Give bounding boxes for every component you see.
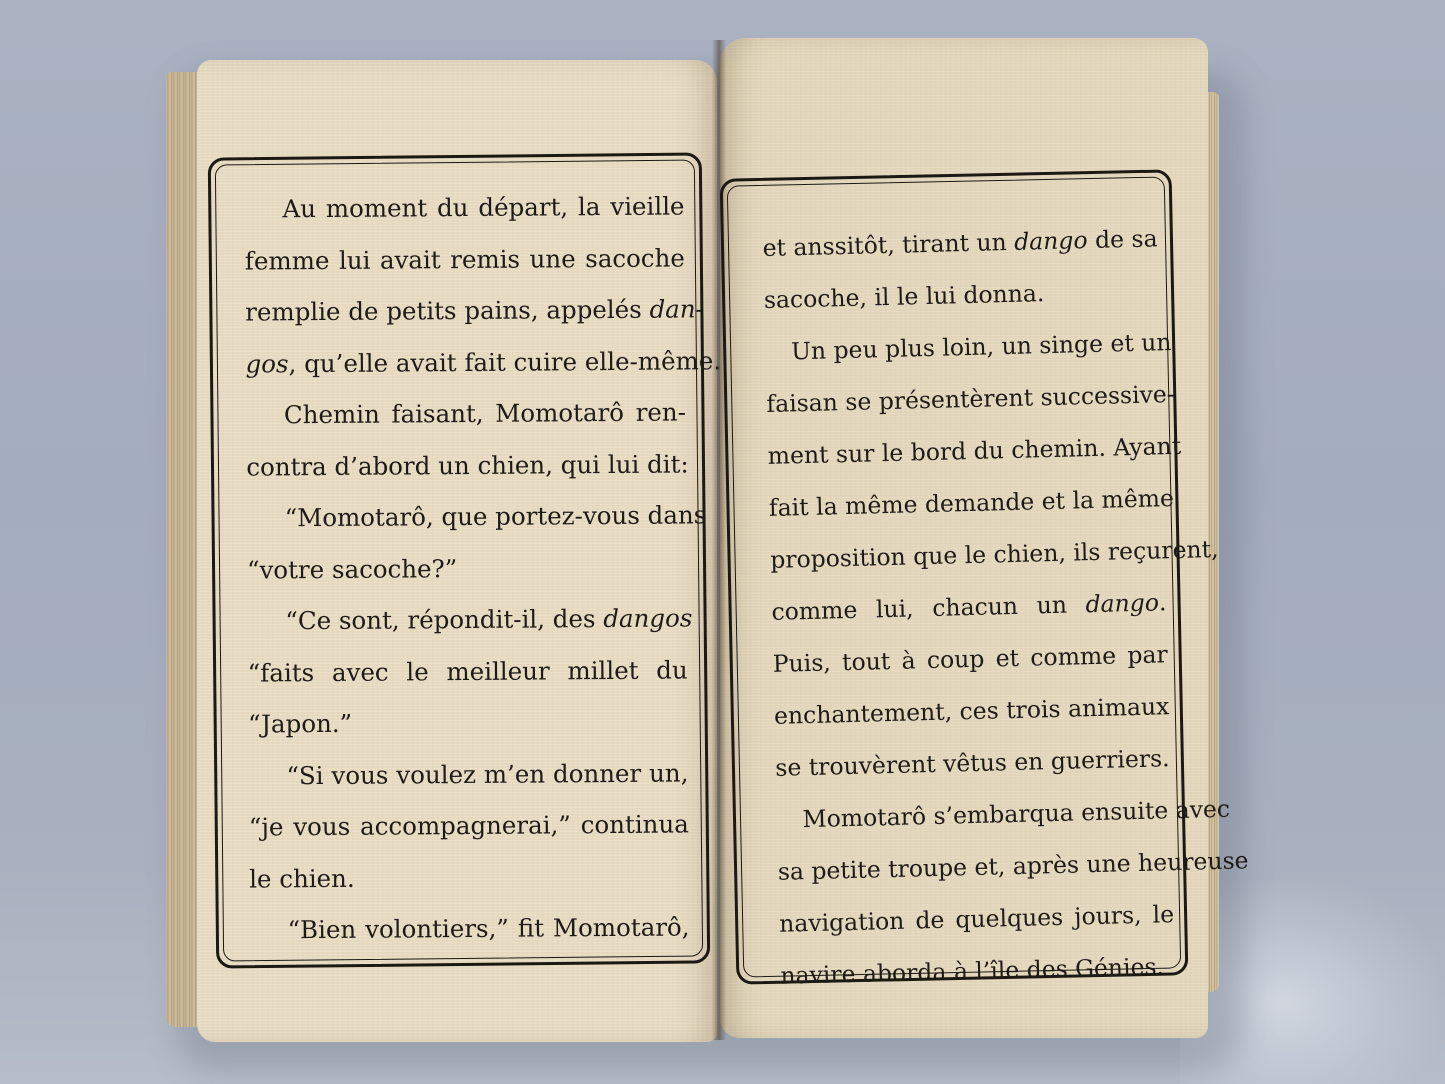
text-line: “je vous accompagnerai,” continua [249,798,689,853]
text-line: “Si vous voulez m’en donner un, [248,747,688,802]
text-line: “faits avec le meilleur millet du [248,644,688,699]
italic-word: dango [1014,226,1088,256]
italic-word: gos [245,349,288,378]
text-line: comme lui, chacun un dango. [771,576,1167,638]
text-line: “votre sacoche?” [247,541,687,596]
text-line: Puis, tout à coup et comme par [772,628,1168,690]
text-line: “Momotarô, que portez-vous dans [246,489,686,544]
text-line: Chemin faisant, Momotarô ren- [246,386,686,441]
text-line: se trouvèrent vêtus en guerriers. [775,732,1171,794]
text-line: enchantement, ces trois animaux [773,680,1169,742]
text-line: ment sur le bord du chemin. Ayant [767,420,1163,482]
text-line: remplie de petits pains, appelés dan- [245,283,685,338]
text-line: contra d’abord un chien, qui lui dit: [246,438,686,493]
italic-word: dan- [649,294,704,323]
text-line: Au moment du départ, la vieille [244,180,684,235]
text-line: “Bien volontiers,” fit Momotarô, [249,901,689,956]
right-page-text: et anssitôt, tirant un dango de sa sacoc… [762,212,1176,1001]
text-line: navire aborda à l’île des Génies. [780,940,1176,1002]
text-line: femme lui avait remis une sacoche [245,232,685,287]
text-line: “Ce sont, répondit-il, des dangos [247,592,687,647]
italic-word: dangos [603,603,692,633]
text-line: faisan se présentèrent successive- [766,368,1162,430]
text-line: “Japon.” [248,695,688,750]
italic-word: dango [1085,588,1159,618]
text-line: sacoche, il le lui donna. [763,264,1159,326]
text-line: gos, qu’elle avait fait cuire elle-même. [245,335,685,390]
text-line: et anssitôt, tirant un dango de sa [762,212,1158,274]
text-line: navigation de quelques jours, le [779,888,1175,950]
text-line: sa petite troupe et, après une heureuse [777,836,1173,898]
left-page-text: Au moment du départ, la vieille femme lu… [244,180,689,956]
text-line: le chien. [249,850,689,905]
text-line: fait la même demande et la même [768,472,1164,534]
text-line: Momotarô s’embarqua ensuite avec [776,784,1172,846]
text-line: proposition que le chien, ils reçurent, [770,524,1166,586]
text-line: Un peu plus loin, un singe et un [765,316,1161,378]
